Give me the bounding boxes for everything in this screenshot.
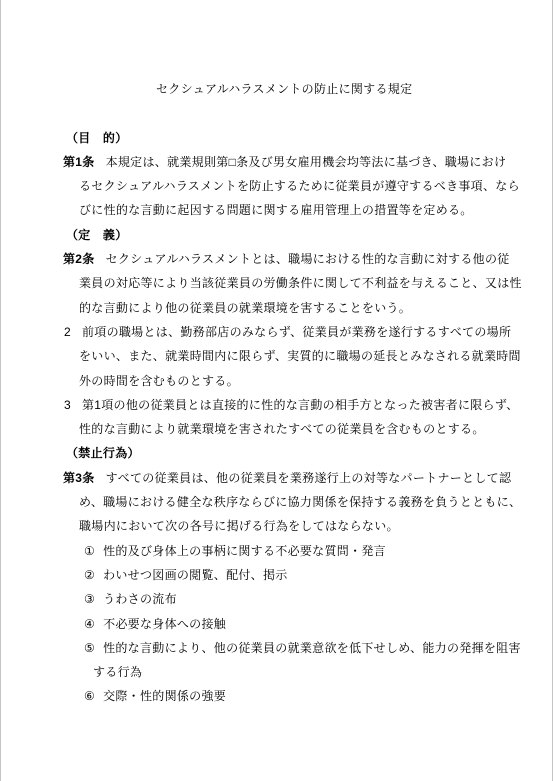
article-1-number: 第1条 [63, 155, 95, 169]
document-title: セクシュアルハラスメントの防止に関する規定 [156, 77, 552, 101]
item-2-marker: ② [84, 568, 95, 582]
prohibited-item-5-line-1: ⑤性的な言動により、他の従業員の就業意欲を低下せしめ、能力の発揮を阻害 [84, 636, 552, 660]
article-2-line-3: 的な言動により他の従業員の就業環境を害することをいう。 [79, 296, 552, 320]
article-3-line-1: 第3条すべての従業員は、他の従業員を業務遂行上の対等なパートナーとして認 [63, 466, 552, 490]
prohibited-item-6: ⑥交際・性的関係の強要 [84, 684, 552, 708]
prohibited-item-5-line-2: する行為 [93, 660, 552, 684]
item-5-marker: ⑤ [84, 641, 95, 655]
article-1-line-3: びに性的な言動に起因する問題に関する雇用管理上の措置等を定める。 [79, 198, 552, 222]
article-3-line-3: 職場内において次の各号に掲げる行為をしてはならない。 [79, 514, 552, 538]
prohibited-item-1: ①性的及び身体上の事柄に関する不必要な質問・発言 [84, 539, 552, 563]
heading-prohibited-acts: （禁止行為） [66, 441, 552, 465]
article-3-number: 第3条 [63, 471, 95, 485]
document-body: セクシュアルハラスメントの防止に関する規定 （目 的） 第1条本規定は、就業規則… [1, 0, 552, 709]
article-2-line-2: 業員の対応等により当該従業員の労働条件に関して不利益を与えること、又は性 [79, 271, 552, 295]
prohibited-item-2: ②わいせつ図画の閲覧、配付、掲示 [84, 563, 552, 587]
heading-purpose: （目 的） [66, 126, 552, 150]
article-1-line-2: るセクシュアルハラスメントを防止するために従業員が遵守するべき事項、なら [79, 174, 552, 198]
article-2-clause-2-line-3: 外の時間を含むものとする。 [79, 369, 552, 393]
prohibited-item-4: ④不必要な身体への接触 [84, 612, 552, 636]
clause-2-number: 2 [64, 325, 71, 339]
article-2-number: 第2条 [63, 252, 95, 266]
prohibited-item-3: ③うわさの流布 [84, 587, 552, 611]
blank-line [1, 101, 552, 125]
article-2-clause-2-line-1: 2前項の職場とは、勤務部店のみならず、従業員が業務を遂行するすべての場所 [64, 320, 552, 344]
clause-3-number: 3 [64, 398, 71, 412]
article-3-line-2: め、職場における健全な秩序ならびに協力関係を保持する義務を負うとともに、 [79, 490, 552, 514]
document-page: セクシュアルハラスメントの防止に関する規定 （目 的） 第1条本規定は、就業規則… [0, 0, 553, 781]
item-3-marker: ③ [84, 592, 95, 606]
article-2-clause-2-line-2: をいい、また、就業時間内に限らず、実質的に職場の延長とみなされる就業時間 [79, 344, 552, 368]
article-2-line-1: 第2条セクシュアルハラスメントとは、職場における性的な言動に対する他の従 [63, 247, 552, 271]
heading-definition: （定 義） [66, 223, 552, 247]
item-6-marker: ⑥ [84, 689, 95, 703]
article-2-clause-3-line-2: 性的な言動により就業環境を害されたすべての従業員を含むものとする。 [79, 417, 552, 441]
item-1-marker: ① [84, 544, 95, 558]
item-4-marker: ④ [84, 617, 95, 631]
article-2-clause-3-line-1: 3第1項の他の従業員とは直接的に性的な言動の相手方となった被害者に限らず、 [64, 393, 552, 417]
article-1-line-1: 第1条本規定は、就業規則第□条及び男女雇用機会均等法に基づき、職場におけ [63, 150, 552, 174]
